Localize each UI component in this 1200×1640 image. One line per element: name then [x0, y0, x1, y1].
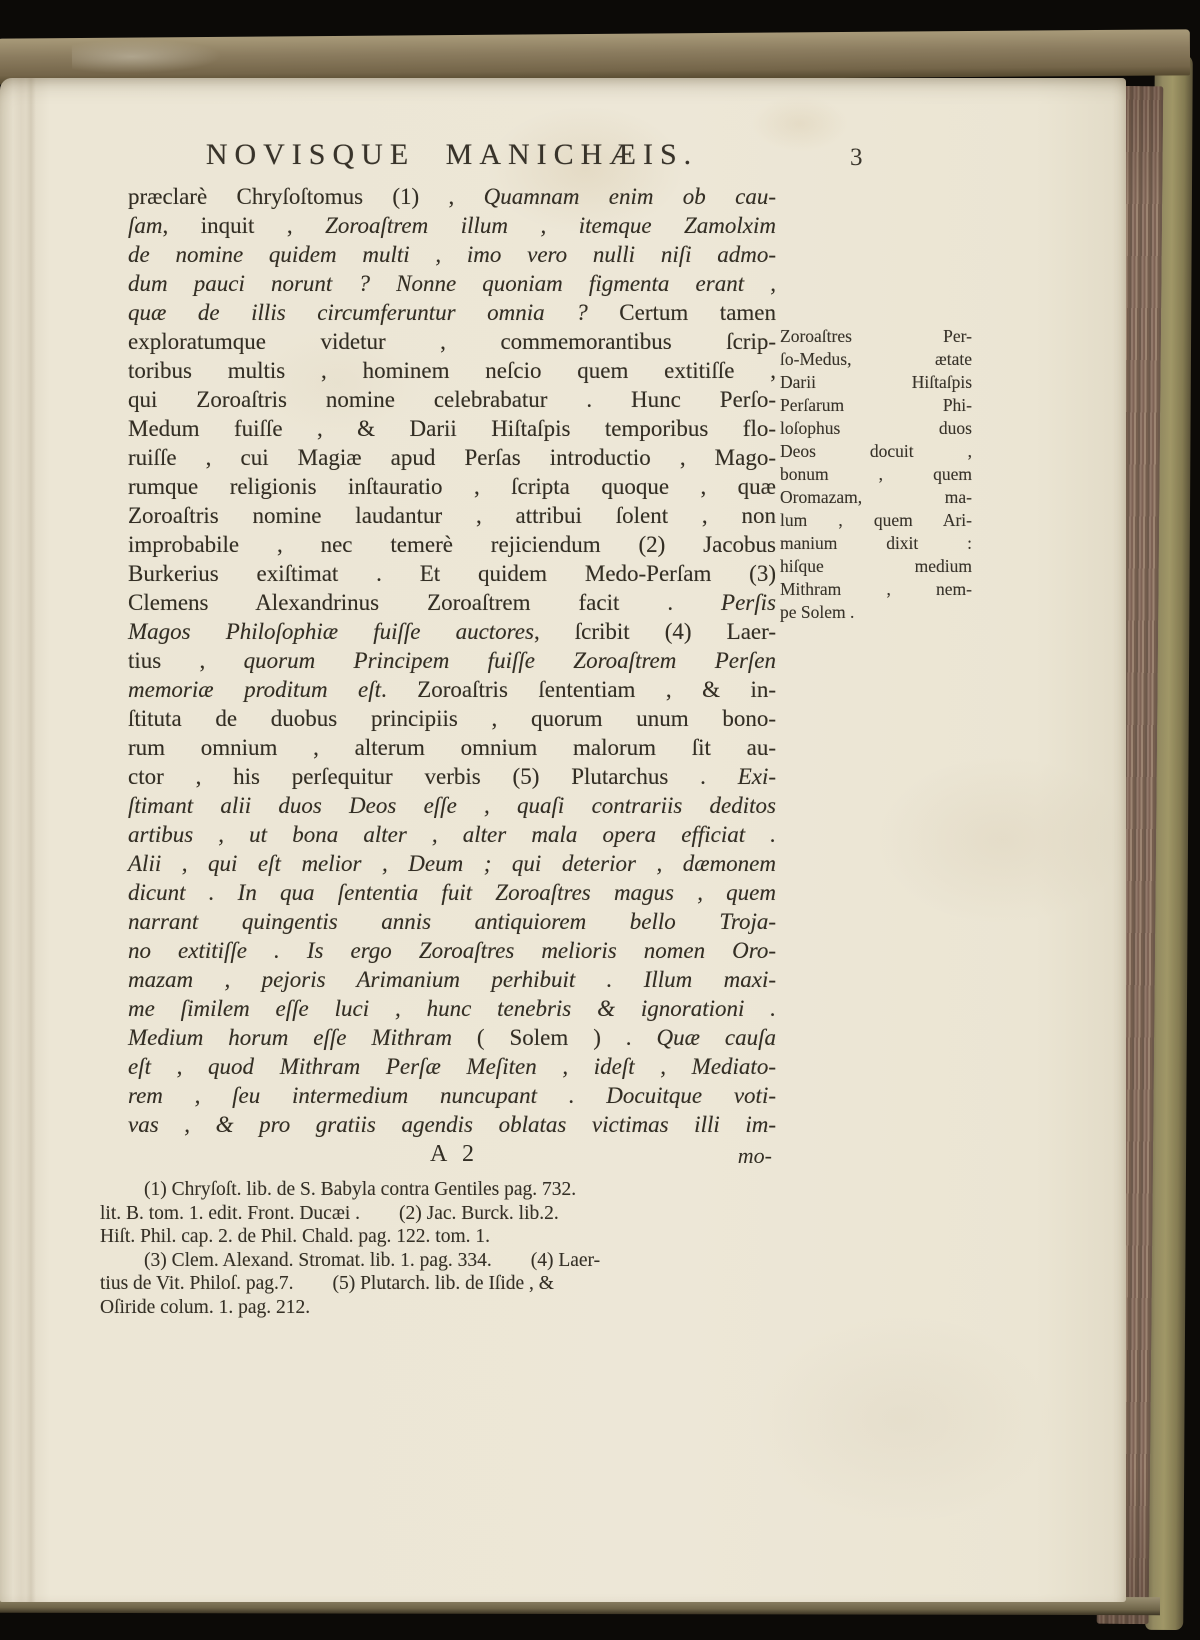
signature-mark: A 2 — [128, 1141, 776, 1168]
body-text-line: exploratumque videtur , commemorantibus … — [128, 327, 776, 356]
body-text-line: ruiſſe , cui Magiæ apud Perſas introduct… — [128, 443, 776, 472]
body-text-line: eſt , quod Mithram Perſæ Meſiten , ideſt… — [128, 1052, 776, 1081]
body-text-line: Medium horum eſſe Mithram ( Solem ) . Qu… — [128, 1023, 776, 1052]
book-scan-scene: NOVISQUE MANICHÆIS. 3 præclarè Chryſoſto… — [0, 0, 1200, 1640]
margin-note-line: manium dixit : — [780, 532, 972, 555]
text-segment-roman: qui Zoroaſtris nomine celebrabatur . Hun… — [128, 387, 776, 412]
text-segment-italic: quorum Principem fuiſſe Zoroaſtrem Perſe… — [244, 648, 776, 673]
text-segment-italic: me ſimilem eſſe luci , hunc tenebris & i… — [128, 996, 776, 1021]
text-segment-italic: quæ de illis circumferuntur omnia ? — [128, 300, 619, 325]
body-text-line: dum pauci norunt ? Nonne quoniam figment… — [128, 269, 776, 298]
footnote-line: Oſiride colum. 1. pag. 212. — [100, 1296, 872, 1320]
text-segment-roman: Certum tamen — [619, 300, 776, 325]
text-segment-italic: eſt , quod Mithram Perſæ Meſiten , ideſt… — [128, 1054, 776, 1079]
text-segment-roman: ctor , his perſequitur verbis (5) Plutar… — [128, 764, 738, 789]
text-segment-roman: præclarè Chryſoſtomus (1) , — [128, 184, 484, 209]
margin-note-line: hiſque medium — [780, 555, 972, 578]
margin-note-line: ſo-Medus, ætate — [780, 348, 972, 371]
book-page: NOVISQUE MANICHÆIS. 3 præclarè Chryſoſto… — [0, 78, 1126, 1602]
text-segment-italic: ſtimant alii duos Deos eſſe , quaſi cont… — [128, 793, 776, 818]
text-segment-roman: ( Solem ) . — [477, 1025, 657, 1050]
text-segment-roman: Burkerius exiſtimat . Et quidem Medo-Per… — [128, 561, 776, 586]
body-text-line: qui Zoroaſtris nomine celebrabatur . Hun… — [128, 385, 776, 414]
margin-note-line: Darii Hiſtaſpis — [780, 371, 972, 394]
footnote-line: (1) Chryſoſt. lib. de S. Babyla contra G… — [100, 1178, 872, 1202]
margin-notes: Zoroaſtres Per-ſo-Medus, ætateDarii Hiſt… — [780, 325, 972, 624]
body-text-line: improbabile , nec temerè rejiciendum (2)… — [128, 530, 776, 559]
margin-note-line: pe Solem . — [780, 601, 972, 624]
margin-note-line: lum , quem Ari- — [780, 509, 972, 532]
text-segment-roman: Zoroaſtris nomine laudantur , attribui ſ… — [128, 503, 776, 528]
page-header: NOVISQUE MANICHÆIS. 3 — [128, 138, 868, 180]
page-fold-shadow — [26, 78, 36, 1602]
body-text-line: dicunt . In qua ſententia fuit Zoroaſtre… — [128, 878, 776, 907]
text-segment-roman: Clemens Alexandrinus Zoroaſtrem facit . — [128, 590, 721, 615]
text-segment-italic: no extitiſſe . Is ergo Zoroaſtres melior… — [128, 938, 776, 963]
text-segment-roman: ruiſſe , cui Magiæ apud Perſas introduct… — [128, 445, 776, 470]
margin-note-line: loſophus duos — [780, 417, 972, 440]
body-text-line: ſtituta de duobus principiis , quorum un… — [128, 704, 776, 733]
text-segment-italic: mazam , pejoris Arimanium perhibuit . Il… — [128, 967, 776, 992]
text-segment-italic: Zoroaſtrem illum , itemque Zamolxim — [325, 213, 776, 238]
footnote-line: (3) Clem. Alexand. Stromat. lib. 1. pag.… — [100, 1249, 872, 1273]
text-segment-roman: tius , — [128, 648, 244, 673]
running-title: NOVISQUE MANICHÆIS. — [128, 138, 776, 172]
body-text-line: mazam , pejoris Arimanium perhibuit . Il… — [128, 965, 776, 994]
body-text-line: Alii , qui eſt melior , Deum ; qui deter… — [128, 849, 776, 878]
body-text-line: toribus multis , hominem neſcio quem ext… — [128, 356, 776, 385]
text-segment-italic: Exi- — [738, 764, 776, 789]
text-segment-italic: Quamnam enim ob cau- — [484, 184, 776, 209]
text-segment-italic: artibus , ut bona alter , alter mala ope… — [128, 822, 776, 847]
margin-note-line: bonum , quem — [780, 463, 972, 486]
body-text-line: no extitiſſe . Is ergo Zoroaſtres melior… — [128, 936, 776, 965]
body-text-line: me ſimilem eſſe luci , hunc tenebris & i… — [128, 994, 776, 1023]
text-segment-roman: rumque religionis inſtauratio , ſcripta … — [128, 474, 776, 499]
page-number: 3 — [850, 144, 863, 172]
body-text-line: Zoroaſtris nomine laudantur , attribui ſ… — [128, 501, 776, 530]
body-text-line: de nomine quidem multi , imo vero nulli … — [128, 240, 776, 269]
body-text-line: Burkerius exiſtimat . Et quidem Medo-Per… — [128, 559, 776, 588]
text-segment-italic: dicunt . In qua ſententia fuit Zoroaſtre… — [128, 880, 776, 905]
body-text-line: artibus , ut bona alter , alter mala ope… — [128, 820, 776, 849]
text-segment-roman: toribus multis , hominem neſcio quem ext… — [128, 358, 776, 383]
body-text-line: tius , quorum Principem fuiſſe Zoroaſtre… — [128, 646, 776, 675]
catchword: mo- — [738, 1143, 772, 1169]
body-text-line: quæ de illis circumferuntur omnia ? Cert… — [128, 298, 776, 327]
body-text-line: narrant quingentis annis antiquiorem bel… — [128, 907, 776, 936]
text-segment-italic: vas , & pro gratiis agendis oblatas vict… — [128, 1112, 776, 1137]
text-segment-roman: ſtituta de duobus principiis , quorum un… — [128, 706, 776, 731]
body-text-line: ſam, inquit , Zoroaſtrem illum , itemque… — [128, 211, 776, 240]
text-segment-italic: rem , ſeu intermedium nuncupant . Docuit… — [128, 1083, 776, 1108]
text-segment-italic: Perſis — [721, 590, 776, 615]
text-segment-roman: . Zoroaſtris ſententiam , & in- — [381, 677, 776, 702]
text-segment-italic: Alii , qui eſt melior , Deum ; qui deter… — [128, 851, 776, 876]
footnote-line: Hiſt. Phil. cap. 2. de Phil. Chald. pag.… — [100, 1225, 872, 1249]
body-text-line: rem , ſeu intermedium nuncupant . Docuit… — [128, 1081, 776, 1110]
body-text: præclarè Chryſoſtomus (1) , Quamnam enim… — [128, 182, 776, 1175]
text-segment-roman: exploratumque videtur , commemorantibus … — [128, 329, 776, 354]
text-segment-italic: memoriæ proditum eſt — [128, 677, 381, 702]
body-text-line: Clemens Alexandrinus Zoroaſtrem facit . … — [128, 588, 776, 617]
text-segment-roman: rum omnium , alterum omnium malorum ſit … — [128, 735, 776, 760]
body-text-line: rum omnium , alterum omnium malorum ſit … — [128, 733, 776, 762]
footnotes: (1) Chryſoſt. lib. de S. Babyla contra G… — [100, 1178, 872, 1319]
body-text-line: Medum fuiſſe , & Darii Hiſtaſpis tempori… — [128, 414, 776, 443]
signature-row: A 2 mo- — [128, 1141, 776, 1175]
body-text-line: vas , & pro gratiis agendis oblatas vict… — [128, 1110, 776, 1139]
text-segment-italic: Magos Philoſophiæ fuiſſe auctores — [128, 619, 534, 644]
text-segment-italic: ſam — [128, 213, 163, 238]
margin-note-line: Deos docuit , — [780, 440, 972, 463]
footnote-line: lit. B. tom. 1. edit. Front. Ducæi . (2)… — [100, 1202, 872, 1226]
book-top-edge — [0, 29, 1190, 84]
body-text-line: rumque religionis inſtauratio , ſcripta … — [128, 472, 776, 501]
text-segment-italic: Quæ cauſa — [657, 1025, 777, 1050]
margin-note-line: Oromazam, ma- — [780, 486, 972, 509]
text-segment-italic: dum pauci norunt ? Nonne quoniam figment… — [128, 271, 776, 296]
body-text-line: ſtimant alii duos Deos eſſe , quaſi cont… — [128, 791, 776, 820]
text-segment-italic: Medium horum eſſe Mithram — [128, 1025, 477, 1050]
text-segment-roman: , inquit , — [163, 213, 326, 238]
text-segment-roman: Medum fuiſſe , & Darii Hiſtaſpis tempori… — [128, 416, 776, 441]
text-segment-roman: improbabile , nec temerè rejiciendum (2)… — [128, 532, 776, 557]
text-segment-italic: narrant quingentis annis antiquiorem bel… — [128, 909, 776, 934]
body-text-line: præclarè Chryſoſtomus (1) , Quamnam enim… — [128, 182, 776, 211]
body-text-line: ctor , his perſequitur verbis (5) Plutar… — [128, 762, 776, 791]
text-segment-roman: , ſcribit (4) Laer- — [534, 619, 776, 644]
margin-note-line: Zoroaſtres Per- — [780, 325, 972, 348]
margin-note-line: Perſarum Phi- — [780, 394, 972, 417]
margin-note-line: Mithram , nem- — [780, 578, 972, 601]
footnote-line: tius de Vit. Philoſ. pag.7. (5) Plutarch… — [100, 1272, 872, 1296]
text-segment-italic: de nomine quidem multi , imo vero nulli … — [128, 242, 776, 267]
body-text-line: memoriæ proditum eſt. Zoroaſtris ſentent… — [128, 675, 776, 704]
body-text-line: Magos Philoſophiæ fuiſſe auctores, ſcrib… — [128, 617, 776, 646]
